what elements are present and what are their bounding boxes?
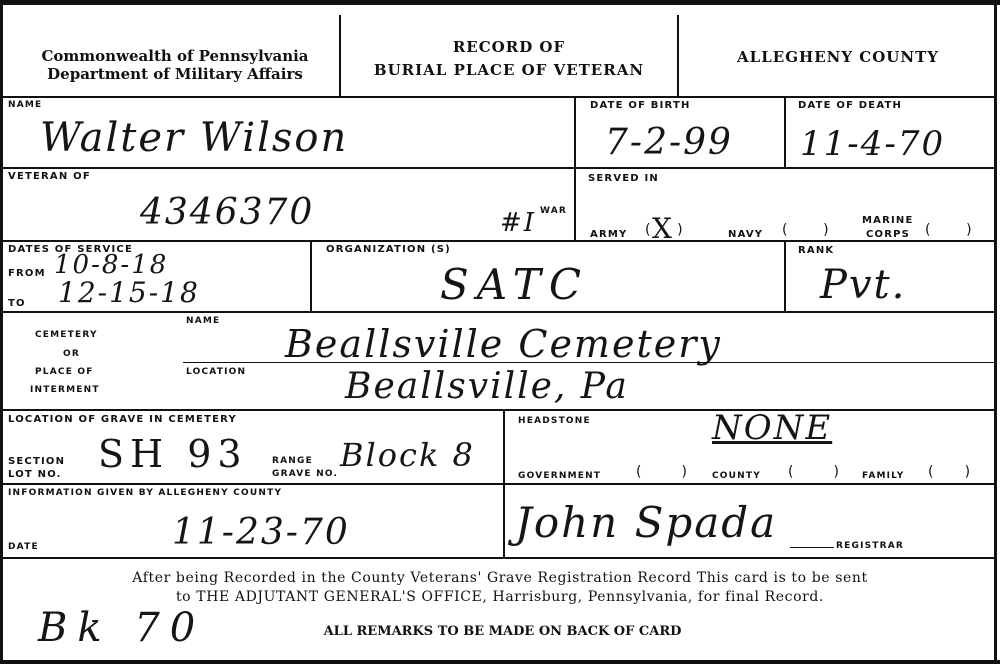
war-label: WAR [540,206,567,216]
agency-line-1: Commonwealth of Pennsylvania [20,47,330,65]
marine-label: MARINE [862,215,914,226]
veteran-name-value: Walter Wilson [40,115,348,161]
interment-label: INTERMENT [30,385,100,395]
row-line-3 [0,240,997,242]
divider-name-dob [574,97,576,241]
navy-label: NAVY [728,229,763,240]
row-line-5 [0,409,997,411]
cemetery-name-value: Beallsville Cemetery [285,322,722,366]
from-label: FROM [8,268,46,279]
served-in-label: SERVED IN [588,173,659,184]
left-border [0,0,3,660]
government-label: GOVERNMENT [518,471,601,481]
right-border [994,0,997,660]
county-checkbox[interactable]: ( ) [788,464,839,480]
row-line-6 [0,483,997,485]
headstone-label: HEADSTONE [518,416,591,426]
county-title: ALLEGHENY COUNTY [684,48,992,66]
instruction-line-1: After being Recorded in the County Veter… [0,570,1000,586]
grave-no-label: GRAVE NO. [272,469,338,479]
organization-value: SATC [440,260,589,309]
range-grave-value: Block 8 [340,436,475,474]
row-line-4 [0,311,997,313]
cemetery-location-label: LOCATION [186,367,246,377]
date-of-birth-label: DATE OF BIRTH [590,100,691,111]
family-checkbox[interactable]: ( ) [928,464,970,480]
army-label: ARMY [590,229,627,240]
header-divider-1 [339,15,341,97]
cemetery-name-label: NAME [186,316,220,326]
corps-label: CORPS [866,229,910,240]
place-of-label: PLACE OF [35,367,94,377]
instruction-line-2: to THE ADJUTANT GENERAL'S OFFICE, Harris… [0,589,1000,605]
divider-dob-dod [784,97,786,168]
remarks-note: ALL REMARKS TO BE MADE ON BACK OF CARD [290,624,715,639]
section-lot-value: SH 93 [98,432,248,476]
navy-checkbox[interactable]: ( ) [782,222,829,238]
row-line-7 [0,557,997,559]
lot-no-label: LOT NO. [8,469,62,480]
registrar-signature: John Spada [515,498,777,547]
date-of-death-label: DATE OF DEATH [798,100,902,111]
headstone-value: None [712,408,832,448]
government-checkbox[interactable]: ( ) [636,464,687,480]
section-label: SECTION [8,456,65,467]
info-given-by-label: INFORMATION GIVEN BY ALLEGHENY COUNTY [8,488,282,498]
war-value: #I [500,208,536,238]
bottom-border [0,660,1000,664]
organization-label: ORGANIZATION (S) [326,244,451,255]
date-of-birth-value: 7-2-99 [605,122,733,163]
divider-org-rank [784,241,786,312]
family-label: FAMILY [862,471,904,481]
or-label: OR [63,349,80,359]
cemetery-label: CEMETERY [35,330,98,340]
county-label: COUNTY [712,471,761,481]
rank-value: Pvt. [820,262,906,308]
form-title-line-2: BURIAL PLACE OF VETERAN [345,61,673,79]
veteran-of-value: 4346370 [140,192,314,233]
divider-grave-headstone [503,410,505,558]
registrar-signature-line [790,547,834,548]
name-label: NAME [8,100,42,110]
agency-line-2: Department of Military Affairs [20,65,330,83]
row-line-2 [0,167,997,169]
location-of-grave-label: LOCATION OF GRAVE IN CEMETERY [8,414,237,425]
divider-service-org [310,241,312,312]
handwritten-book-note: Bk 70 [38,605,205,651]
row-line-1 [0,96,997,98]
veteran-of-label: VETERAN OF [8,171,91,182]
info-date-value: 11-23-70 [172,512,350,553]
rank-label: RANK [798,245,834,256]
range-label: RANGE [272,456,313,466]
marine-corps-checkbox[interactable]: ( ) [925,222,972,238]
top-border [0,0,1000,5]
date-of-death-value: 11-4-70 [800,124,945,164]
header-divider-2 [677,15,679,97]
burial-record-card: Commonwealth of Pennsylvania Department … [0,0,1000,666]
registrar-label: REGISTRAR [836,541,904,551]
to-label: TO [8,298,26,309]
cemetery-location-value: Beallsville, Pa [345,366,629,407]
date-label: DATE [8,542,39,552]
service-to-value: 12-15-18 [58,276,200,309]
form-title-line-1: RECORD OF [345,38,673,56]
army-check-mark: X [652,212,674,245]
